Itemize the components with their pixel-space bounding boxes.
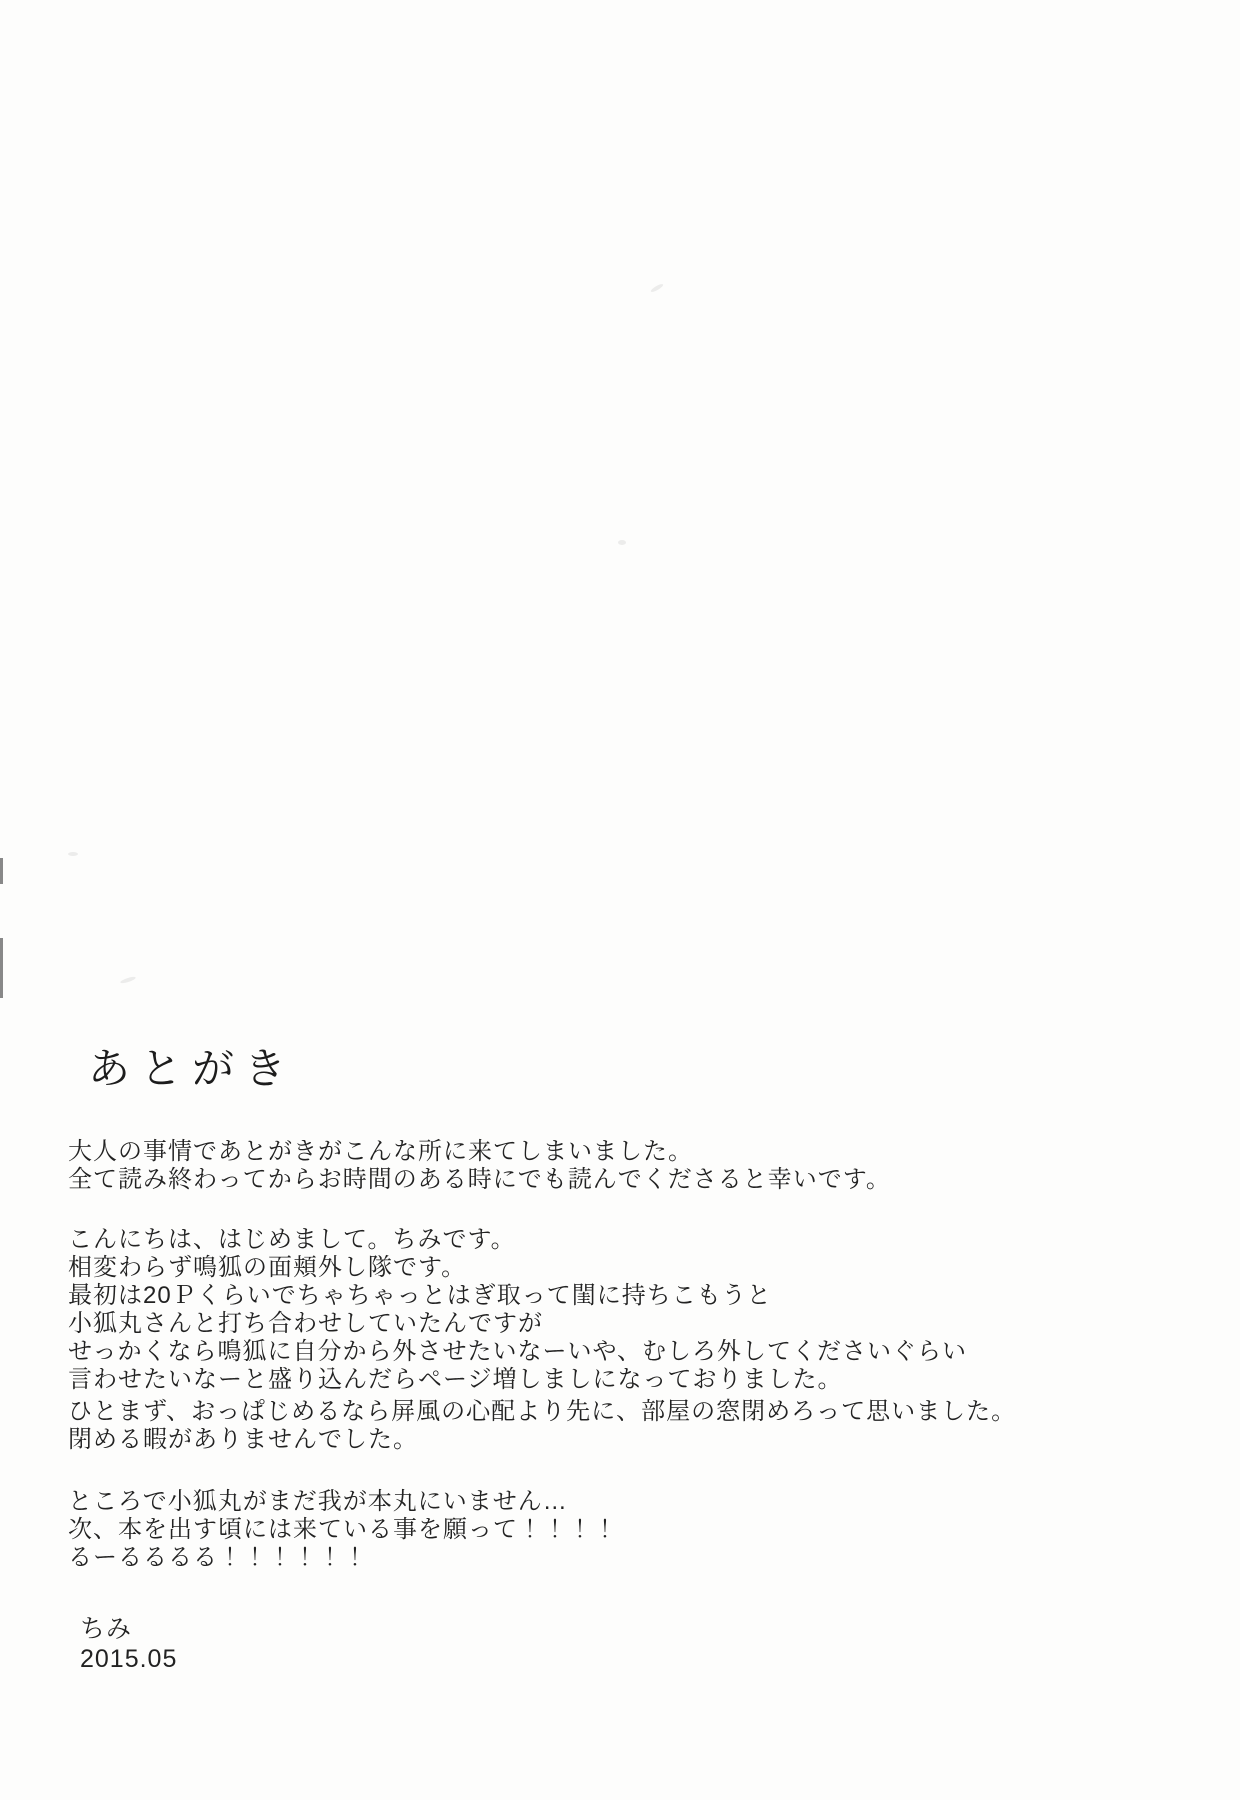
text-line: 次、本を出す頃には来ている事を願って！！！！	[68, 1516, 1200, 1544]
text-line: 大人の事情であとがきがこんな所に来てしまいました。	[68, 1138, 1200, 1166]
scan-edge-mark	[0, 938, 3, 998]
scan-speck	[68, 852, 78, 856]
text-line: ところで小狐丸がまだ我が本丸にいません…	[68, 1488, 1200, 1516]
paragraph-closing: ところで小狐丸がまだ我が本丸にいません… 次、本を出す頃には来ている事を願って！…	[68, 1488, 1200, 1572]
scan-speck	[120, 976, 136, 985]
scan-speck	[650, 283, 664, 293]
text-line: 閉める暇がありませんでした。	[68, 1426, 1200, 1454]
paragraph-intro: 大人の事情であとがきがこんな所に来てしまいました。 全て読み終わってからお時間の…	[68, 1138, 1200, 1194]
text-line: 小狐丸さんと打ち合わせしていたんですが	[68, 1310, 1200, 1338]
scan-edge-mark	[0, 858, 3, 884]
author-name: ちみ	[80, 1614, 177, 1644]
text-line: 言わせたいなーと盛り込んだらページ増しましになっておりました。	[68, 1366, 1200, 1394]
signature-block: ちみ 2015.05	[80, 1614, 177, 1674]
text-line: ひとまず、おっぱじめるなら屏風の心配より先に、部屋の窓閉めろって思いました。	[68, 1398, 1200, 1426]
publication-date: 2015.05	[80, 1644, 177, 1674]
text-line: 全て読み終わってからお時間のある時にでも読んでくださると幸いです。	[68, 1166, 1200, 1194]
text-line: 相変わらず鳴狐の面頬外し隊です。	[68, 1254, 1200, 1282]
text-line: 最初は20Ｐくらいでちゃちゃっとはぎ取って閨に持ちこもうと	[68, 1282, 1200, 1310]
afterword-page: あとがき 大人の事情であとがきがこんな所に来てしまいました。 全て読み終わってか…	[0, 0, 1240, 1800]
text-line: こんにちは、はじめまして。ちみです。	[68, 1226, 1200, 1254]
scan-speck	[618, 540, 626, 545]
page-title: あとがき	[88, 1036, 296, 1096]
text-line: るーるるるる！！！！！！	[68, 1544, 1200, 1572]
text-line: せっかくなら鳴狐に自分から外させたいなーいや、むしろ外してくださいぐらい	[68, 1338, 1200, 1366]
paragraph-greeting: こんにちは、はじめまして。ちみです。 相変わらず鳴狐の面頬外し隊です。 最初は2…	[68, 1226, 1200, 1394]
paragraph-aside: ひとまず、おっぱじめるなら屏風の心配より先に、部屋の窓閉めろって思いました。 閉…	[68, 1398, 1200, 1454]
